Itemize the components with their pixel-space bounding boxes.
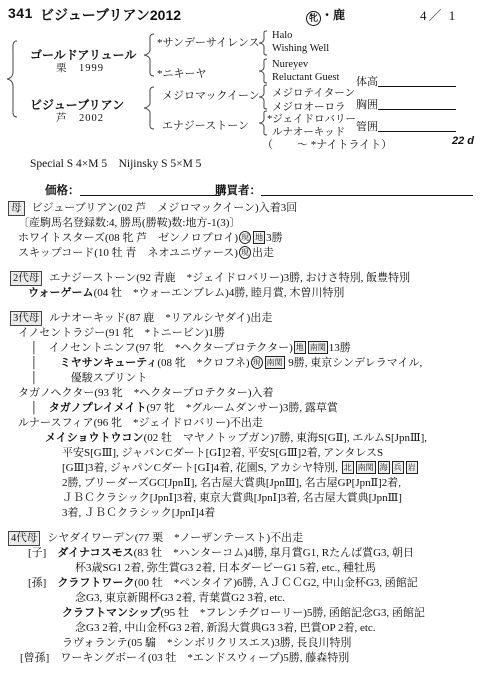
family-line: [GⅢ]3着, ジャパンCダート[GⅠ]4着, 花園S, アカシヤ特別, 北南関… xyxy=(0,461,500,476)
region-mark: 地 xyxy=(253,231,265,244)
family-line: 念G3 2着, 中山金杯G3 2着, 新潟大賞典G3 3着, 巴賞OP 2着, … xyxy=(0,621,500,636)
line-text: スキップコード(10 牡 青 ネオユニヴァース) xyxy=(18,247,238,259)
family-line: 4代母シヤダイワーデン(77 栗 *ノーザンテースト)不出走 xyxy=(0,531,500,546)
stakes-winner-name: タガノプレイメイト xyxy=(49,402,147,414)
sire-sire-dam: Wishing Well xyxy=(272,43,329,54)
cannon-field: 管囲 xyxy=(356,118,456,134)
sire-coat-year: 栗 1999 xyxy=(56,60,104,75)
line-text: │ xyxy=(30,402,49,414)
cannon-blank xyxy=(378,119,456,132)
family-section: 2代母エナジーストーン(92 青鹿 *ジェイドロバリー)3勝, おけさ特別, 飯… xyxy=(0,271,500,301)
line-text: (08 牝 *クロフネ) xyxy=(157,357,249,369)
sex-coat: 牝・鹿 xyxy=(306,6,345,26)
inbreeding-line: Special S 4×M 5 Nijinsky S 5×M 5 xyxy=(30,155,201,171)
line-text: イノセントニンフ(97 牝 *ヘクタープロテクター) xyxy=(49,342,293,354)
pedigree-brace xyxy=(6,40,18,118)
line-text: │ xyxy=(30,372,71,384)
stakes-winner-name: ウォーゲーム xyxy=(28,287,94,299)
family-sections: 母ビジューブリアン(02 芦 メジロマックイーン)入着3回〔産駒馬名登録数:4,… xyxy=(0,201,500,674)
sire-sire-sire: Halo xyxy=(272,30,292,41)
dam-sire: メジロマックイーン xyxy=(162,87,260,103)
family-line: [曾孫] ワーキングボーイ(03 牡 *エンドスウィープ)5勝, 藤森特別 xyxy=(0,651,500,666)
family-line: ルナースフィア(96 牝 *ジェイドロバリー)不出走 xyxy=(0,416,500,431)
family-line: │ ミヤサンキューティ(08 牝 *クロフネ)現南関 9勝, 東京シンデレラマイ… xyxy=(0,356,500,371)
sex-coat-separator: ・ xyxy=(321,8,333,22)
region-mark: 地 xyxy=(294,341,306,354)
family-line: │ イノセントニンフ(97 牝 *ヘクタープロテクター)地南関13勝 xyxy=(0,341,500,356)
price-label: 価格： xyxy=(45,185,80,197)
family-number: 22 d xyxy=(452,135,474,147)
sire-sire: *サンデーサイレンス xyxy=(157,34,260,50)
family-line: ホワイトスターズ(08 牝 芦 ゼンノロブロイ)現地3勝 xyxy=(0,231,500,246)
dam-dam: エナジーストーン xyxy=(162,117,249,133)
generation-label: 2代母 xyxy=(10,271,42,286)
line-text: シヤダイワーデン(77 栗 *ノーザンテースト)不出走 xyxy=(47,532,303,544)
line-text: 9勝, 東京シンデレラマイル, xyxy=(286,357,423,369)
family-line: メイショウトウコン(02 牡 マヤノトップガン)7勝, 東海S[GⅡ], エルム… xyxy=(0,431,500,446)
chest-label: 胸囲 xyxy=(356,99,378,111)
family-tail: ～ *ナイトライト） xyxy=(297,136,392,152)
family-section: 4代母シヤダイワーデン(77 栗 *ノーザンテースト)不出走[子] ダイナコスモ… xyxy=(0,531,500,666)
family-line: 〔産駒馬名登録数:4, 勝馬(勝鞍)数:地方-1(3)〕 xyxy=(0,216,500,231)
line-text: 優駿スプリント xyxy=(71,372,148,384)
birth-date: 4／ 1 xyxy=(420,5,457,24)
family-line: 念G3, 東京新聞杯G3 2着, 青葉賞G2 3着, etc. xyxy=(0,591,500,606)
active-mark: 現 xyxy=(251,356,263,369)
line-text: 杯3歳SG1 2着, 弥生賞G3 2着, 日本ダービーG1 5着, etc., … xyxy=(75,562,376,574)
cannon-label: 管囲 xyxy=(356,121,378,133)
line-text: (04 牡 *ウォーエンブレム)4勝, 睦月賞, 木曽川特別 xyxy=(94,287,345,299)
buyer-label: 購買者： xyxy=(215,185,261,197)
family-line: 2代母エナジーストーン(92 青鹿 *ジェイドロバリー)3勝, おけさ特別, 飯… xyxy=(0,271,500,286)
buyer-field: 購買者： xyxy=(215,182,473,198)
line-text: 3着, ＪＢＣクラシック[JpnⅠ]4着 xyxy=(62,507,215,519)
line-text: (02 牡 マヤノトップガン)7勝, 東海S[GⅡ], エルムS[JpnⅢ], xyxy=(144,432,427,444)
stakes-winner-name: クラフトマンシップ xyxy=(62,607,161,619)
family-line: [子] ダイナコスモス(83 牡 *ハンターコム)4勝, 皐月賞G1, Rたんば… xyxy=(0,546,500,561)
line-text: (95 牡 *フレンチグローリー)5勝, 函館記念G3, 函館記 xyxy=(161,607,425,619)
stakes-winner-name: メイショウトウコン xyxy=(45,432,144,444)
line-text: ビジューブリアン(02 芦 メジロマックイーン)入着3回 xyxy=(32,202,298,214)
family-line: 母ビジューブリアン(02 芦 メジロマックイーン)入着3回 xyxy=(0,201,500,216)
line-text: 念G3, 東京新聞杯G3 2着, 青葉賞G2 3着, etc. xyxy=(75,592,285,604)
line-text: [孫] xyxy=(28,577,57,589)
family-line: クラフトマンシップ(95 牡 *フレンチグローリー)5勝, 函館記念G3, 函館… xyxy=(0,606,500,621)
family-line: 3代母ルナオーキッド(87 鹿 *リアルシヤダイ)出走 xyxy=(0,311,500,326)
pedigree-brace xyxy=(143,86,155,130)
line-text: ラヴォランテ(05 騸 *シンボリクリスエス)3勝, 長良川特別 xyxy=(62,637,351,649)
line-text: 出走 xyxy=(252,247,274,259)
line-text: (97 牝 *グルームダンサー)3勝, 露草賞 xyxy=(146,402,337,414)
family-line: ウォーゲーム(04 牡 *ウォーエンブレム)4勝, 睦月賞, 木曽川特別 xyxy=(0,286,500,301)
buyer-blank xyxy=(261,183,473,196)
region-mark: 南関 xyxy=(308,341,328,354)
price-blank xyxy=(80,183,220,196)
line-text: 3勝 xyxy=(266,232,283,244)
generation-label: 3代母 xyxy=(10,311,42,326)
pedigree-brace xyxy=(143,33,155,77)
family-line: │ 優駿スプリント xyxy=(0,371,500,386)
chest-field: 胸囲 xyxy=(356,96,456,112)
line-text: [子] xyxy=(28,547,57,559)
line-text: タガノヘクター(93 牝 *ヘクタープロテクター)入着 xyxy=(18,387,274,399)
line-text: ホワイトスターズ(08 牝 芦 ゼンノロブロイ) xyxy=(18,232,238,244)
sex-badge: 牝 xyxy=(306,11,321,26)
line-text: ワーキングボーイ(03 牡 *エンドスウィープ)5勝, 藤森特別 xyxy=(60,652,349,664)
stakes-winner-name: クラフトワーク xyxy=(57,577,134,589)
region-mark: 岩 xyxy=(406,461,418,474)
family-line: ＪＢＣクラシック[JpnⅠ]3着, 東京大賞典[JpnⅠ]3着, 名古屋大賞典[… xyxy=(0,491,500,506)
height-label: 体高 xyxy=(356,76,378,88)
line-text: (00 牡 *ペンタイア)6勝, ＡＪＣＣG2, 中山金杯G3, 函館記 xyxy=(134,577,417,589)
catalog-number: 341 xyxy=(8,5,33,21)
line-text: エナジーストーン(92 青鹿 *ジェイドロバリー)3勝, おけさ特別, 飯豊特別 xyxy=(49,272,410,284)
dam-sire-sire: メジロテイターン xyxy=(272,85,355,100)
line-text: 念G3 2着, 中山金杯G3 2着, 新潟大賞典G3 3着, 巴賞OP 2着, … xyxy=(75,622,376,634)
line-text: │ xyxy=(30,342,49,354)
family-section: 3代母ルナオーキッド(87 鹿 *リアルシヤダイ)出走イノセントラジー(91 牝… xyxy=(0,311,500,521)
line-text: ＪＢＣクラシック[JpnⅠ]3着, 東京大賞典[JpnⅠ]3着, 名古屋大賞典[… xyxy=(62,492,402,504)
line-text: 2勝, ブリーダーズGC[JpnⅡ], 名古屋大賞典[JpnⅢ], 名古屋GP[… xyxy=(62,477,401,489)
family-line: 平安S[GⅢ], ジャパンCダート[GⅠ]2着, 平安S[GⅢ]2着, アンタレ… xyxy=(0,446,500,461)
region-mark: 北 xyxy=(342,461,354,474)
chest-blank xyxy=(378,97,456,110)
line-text: 平安S[GⅢ], ジャパンCダート[GⅠ]2着, 平安S[GⅢ]2着, アンタレ… xyxy=(62,447,383,459)
family-line: イノセントラジー(91 牝 *トニービン)1勝 xyxy=(0,326,500,341)
region-mark: 兵 xyxy=(392,461,404,474)
family-line: [孫] クラフトワーク(00 牡 *ペンタイア)6勝, ＡＪＣＣG2, 中山金杯… xyxy=(0,576,500,591)
line-text: ルナースフィア(96 牝 *ジェイドロバリー)不出走 xyxy=(18,417,263,429)
line-text: 〔産駒馬名登録数:4, 勝馬(勝鞍)数:地方-1(3)〕 xyxy=(18,217,240,229)
family-line: │ タガノプレイメイト(97 牝 *グルームダンサー)3勝, 露草賞 xyxy=(0,401,500,416)
generation-label: 母 xyxy=(8,201,25,216)
stakes-winner-name: ダイナコスモス xyxy=(57,547,133,559)
pedigree-brace xyxy=(257,58,268,84)
family-line: 杯3歳SG1 2着, 弥生賞G3 2着, 日本ダービーG1 5着, etc., … xyxy=(0,561,500,576)
coat-label: 鹿 xyxy=(333,8,345,22)
line-text: [曾孫] xyxy=(20,652,60,664)
height-field: 体高 xyxy=(356,73,456,89)
line-text: 13勝 xyxy=(329,342,351,354)
family-section: 母ビジューブリアン(02 芦 メジロマックイーン)入着3回〔産駒馬名登録数:4,… xyxy=(0,201,500,261)
region-mark: 南関 xyxy=(265,356,285,369)
stakes-winner-name: ミヤサンキューティ xyxy=(60,357,158,369)
height-blank xyxy=(378,74,456,87)
line-text: (83 牡 *ハンターコム)4勝, 皐月賞G1, Rたんば賞G3, 朝日 xyxy=(134,547,414,559)
active-mark: 現 xyxy=(239,246,251,259)
region-mark: 南関 xyxy=(356,461,376,474)
family-line: スキップコード(10 牡 青 ネオユニヴァース)現出走 xyxy=(0,246,500,261)
family-line: タガノヘクター(93 牝 *ヘクタープロテクター)入着 xyxy=(0,386,500,401)
active-mark: 現 xyxy=(239,231,251,244)
line-text: │ xyxy=(30,357,60,369)
family-line: 3着, ＪＢＣクラシック[JpnⅠ]4着 xyxy=(0,506,500,521)
line-text: ルナオーキッド(87 鹿 *リアルシヤダイ)出走 xyxy=(49,312,272,324)
catalog-page: 341 ビジューブリアン2012 牝・鹿 4／ 1 ゴールドアリュール 栗 19… xyxy=(0,0,500,674)
line-text: イノセントラジー(91 牝 *トニービン)1勝 xyxy=(18,327,225,339)
family-tail-open: （ xyxy=(262,136,273,152)
line-text: [GⅢ]3着, ジャパンCダート[GⅠ]4着, 花園S, アカシヤ特別, xyxy=(62,462,341,474)
sire-dam-dam: Reluctant Guest xyxy=(272,72,339,83)
generation-label: 4代母 xyxy=(8,531,40,546)
region-mark: 海 xyxy=(378,461,390,474)
dam-coat-year: 芦 2002 xyxy=(56,110,104,125)
family-line: ラヴォランテ(05 騸 *シンボリクリスエス)3勝, 長良川特別 xyxy=(0,636,500,651)
horse-name: ビジューブリアン2012 xyxy=(40,5,181,25)
family-line: 2勝, ブリーダーズGC[JpnⅡ], 名古屋大賞典[JpnⅢ], 名古屋GP[… xyxy=(0,476,500,491)
sire-dam: *ニキーヤ xyxy=(157,65,207,81)
sire-dam-sire: Nureyev xyxy=(272,59,308,70)
price-field: 価格： xyxy=(45,182,220,198)
